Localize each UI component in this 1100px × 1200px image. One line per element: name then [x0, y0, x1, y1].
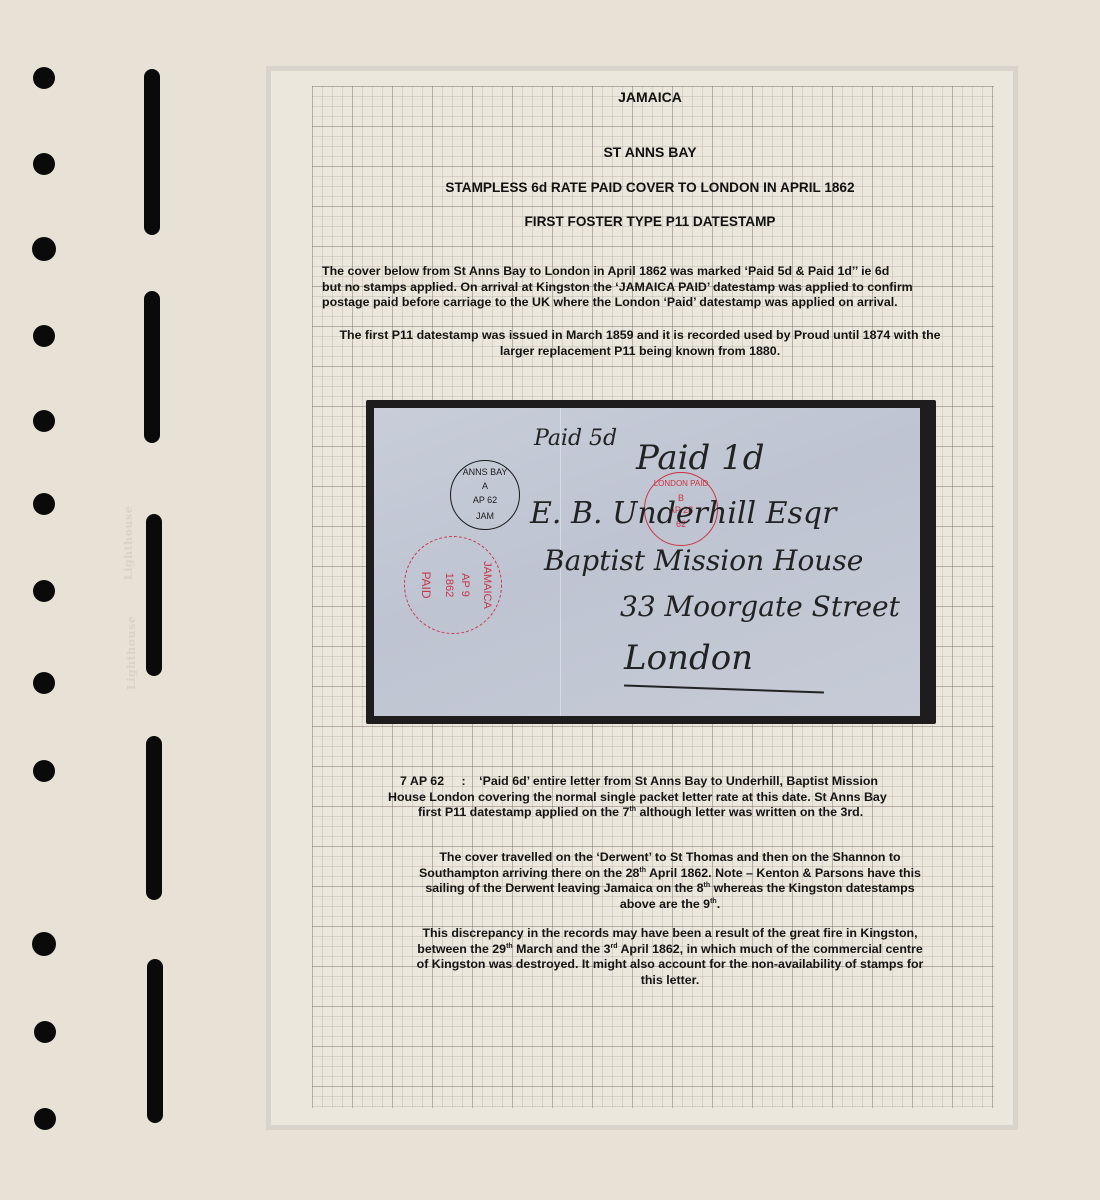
- postmark-text: A: [457, 481, 513, 491]
- intro-paragraph-1: The cover below from St Anns Bay to Lond…: [322, 264, 962, 311]
- text-line: this letter.: [380, 973, 960, 989]
- caption-text: although letter was written on the 3rd.: [636, 805, 863, 819]
- page-content: JAMAICA ST ANNS BAY STAMPLESS 6d RATE PA…: [0, 0, 1100, 1200]
- page-subtitle: ST ANNS BAY: [300, 144, 1000, 160]
- text-line: between the 29th March and the 3rd April…: [380, 942, 960, 958]
- text: sailing of the Derwent leaving Jamaica o…: [425, 881, 703, 895]
- manuscript-paid-5d: Paid 5d: [534, 426, 617, 451]
- intro-paragraph-2: The first P11 datestamp was issued in Ma…: [310, 328, 970, 359]
- text-line: The cover below from St Anns Bay to Lond…: [322, 264, 962, 280]
- superscript: th: [710, 898, 717, 905]
- superscript: th: [639, 867, 646, 874]
- text-line: The cover travelled on the ‘Derwent’ to …: [380, 850, 960, 866]
- postmark-text: AP 9: [459, 545, 471, 625]
- text-line: but no stamps applied. On arrival at Kin…: [322, 280, 962, 296]
- text-line: of Kingston was destroyed. It might also…: [380, 957, 960, 973]
- manuscript-paid-1d: Paid 1d: [636, 438, 764, 478]
- text-line: This discrepancy in the records may have…: [380, 926, 960, 942]
- postmark-text: JAM: [457, 511, 513, 521]
- manuscript-address-house: Baptist Mission House: [544, 544, 863, 577]
- text-line: above are the 9th.: [380, 897, 960, 913]
- postmark-text: LONDON PAID: [649, 479, 713, 488]
- caption-line: first P11 datestamp applied on the 7th a…: [388, 805, 948, 821]
- postal-cover: ANNS BAY A AP 62 JAM JAMAICA AP 9 1862 P…: [374, 408, 920, 716]
- text: .: [717, 897, 720, 911]
- caption-separator: :: [462, 774, 466, 788]
- postmark-text: JAMAICA: [481, 545, 493, 625]
- text: April 1862, in which much of the commerc…: [617, 942, 922, 956]
- superscript: th: [506, 943, 513, 950]
- caption-line: House London covering the normal single …: [388, 790, 948, 806]
- manuscript-address-city: London: [624, 638, 753, 678]
- caption-text: ‘Paid 6d’ entire letter from St Anns Bay…: [479, 774, 878, 788]
- text: Southampton arriving there on the 28: [419, 866, 639, 880]
- text-line: sailing of the Derwent leaving Jamaica o…: [380, 881, 960, 897]
- text-line: postage paid before carriage to the UK w…: [322, 295, 962, 311]
- text: above are the 9: [620, 897, 710, 911]
- text: April 1862. Note – Kenton & Parsons have…: [646, 866, 921, 880]
- st-anns-bay-datestamp: ANNS BAY A AP 62 JAM: [450, 460, 520, 530]
- notes-paragraph-fire: This discrepancy in the records may have…: [380, 926, 960, 988]
- superscript: th: [629, 806, 636, 813]
- text-line: Southampton arriving there on the 28th A…: [380, 866, 960, 882]
- heading-cover-description: STAMPLESS 6d RATE PAID COVER TO LONDON I…: [300, 180, 1000, 195]
- notes-paragraph-voyage: The cover travelled on the ‘Derwent’ to …: [380, 850, 960, 912]
- postmark-text: 1862: [443, 545, 455, 625]
- manuscript-address-street: 33 Moorgate Street: [620, 590, 900, 623]
- text: March and the 3: [513, 942, 611, 956]
- text: between the 29: [417, 942, 506, 956]
- caption-text: first P11 datestamp applied on the 7: [418, 805, 629, 819]
- heading-datestamp-type: FIRST FOSTER TYPE P11 DATESTAMP: [300, 214, 1000, 229]
- postmark-text: AP 62: [457, 495, 513, 505]
- postmark-text: ANNS BAY: [457, 467, 513, 477]
- jamaica-paid-datestamp: JAMAICA AP 9 1862 PAID: [404, 536, 502, 634]
- page-title: JAMAICA: [300, 89, 1000, 105]
- postmark-text: PAID: [419, 545, 433, 625]
- cover-caption: 7 AP 62 : ‘Paid 6d’ entire letter from S…: [388, 774, 948, 821]
- manuscript-address-name: E. B. Underhill Esqr: [530, 496, 836, 531]
- caption-date: 7 AP 62: [400, 774, 444, 788]
- text: whereas the Kingston datestamps: [710, 881, 915, 895]
- text-line: larger replacement P11 being known from …: [310, 344, 970, 360]
- text-line: The first P11 datestamp was issued in Ma…: [310, 328, 970, 344]
- manuscript-underline: [624, 685, 824, 694]
- caption-line: 7 AP 62 : ‘Paid 6d’ entire letter from S…: [388, 774, 948, 790]
